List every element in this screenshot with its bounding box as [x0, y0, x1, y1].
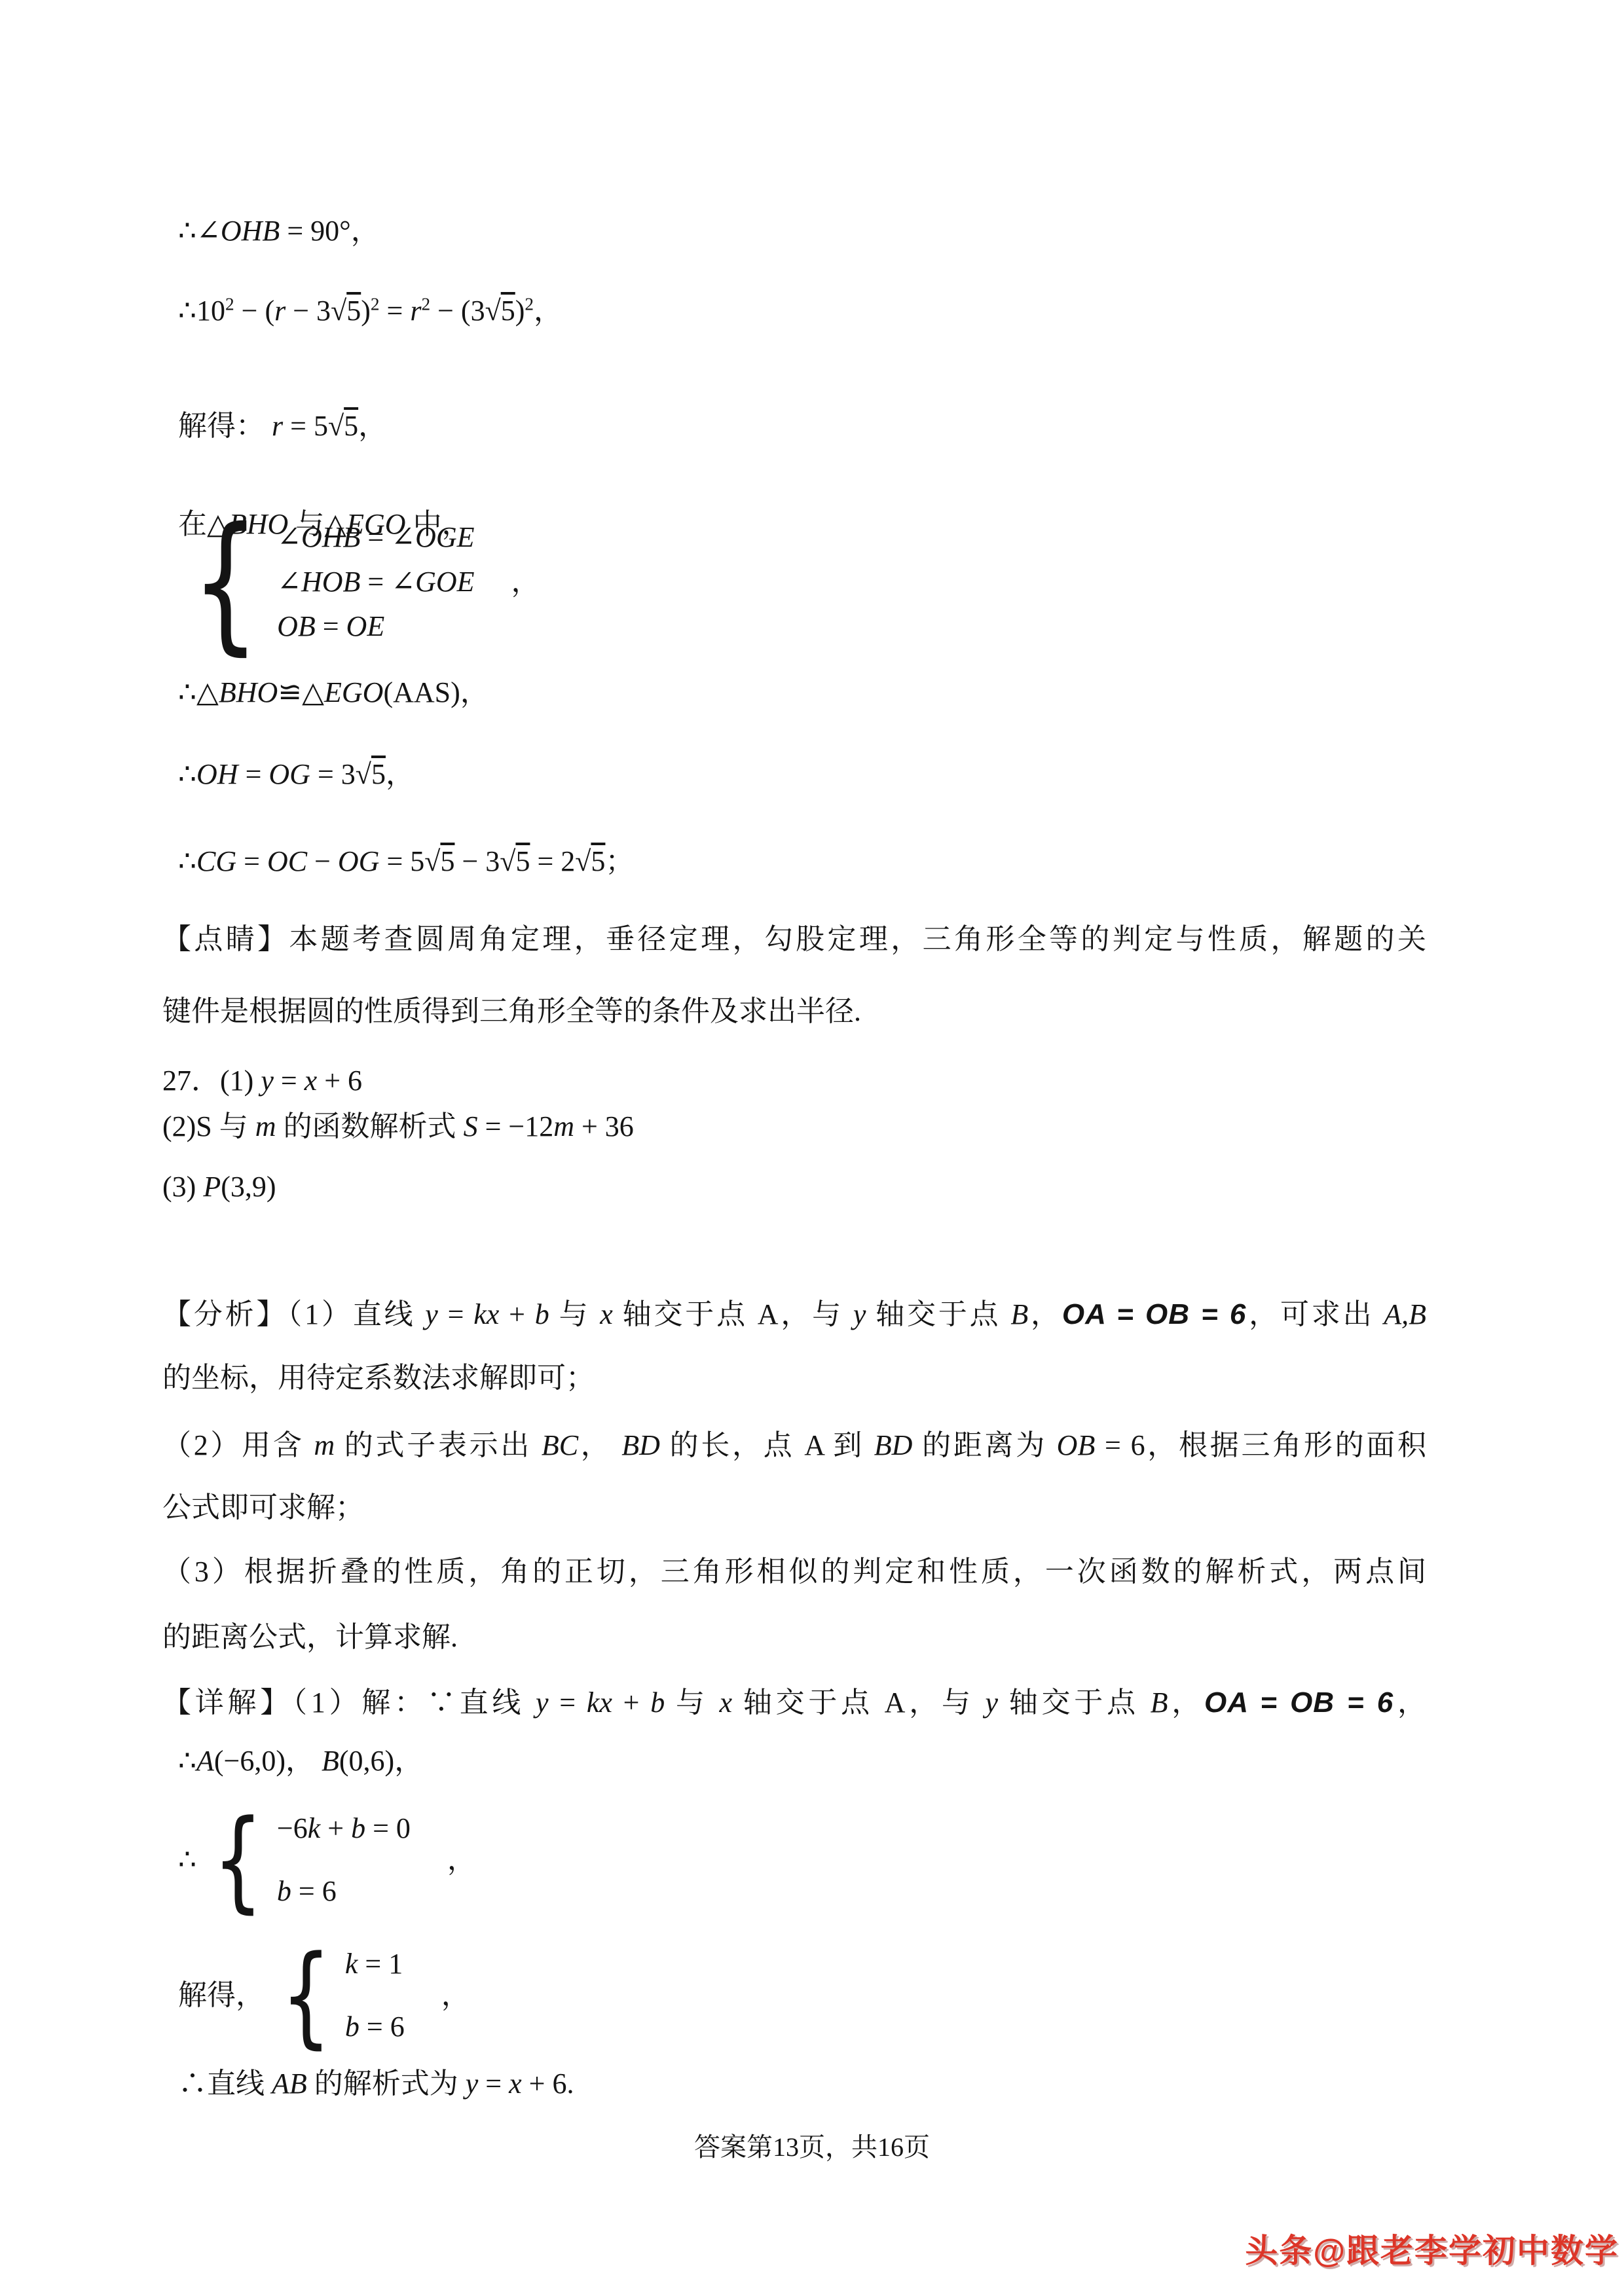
- analysis-paragraph-line: 的坐标，用待定系数法求解即可；: [162, 1357, 595, 1400]
- analysis-paragraph-line: 【分析】（1）直线 y = kx + b 与 x 轴交于点 A，与 y 轴交于点…: [162, 1293, 1426, 1336]
- therefore-symbol: ∴: [178, 1838, 196, 1882]
- watermark: 头条@跟老李学初中数学: [1245, 2225, 1619, 2272]
- system-row: k = 1: [345, 1933, 405, 1995]
- answer-27-part1: 27．(1) y = x + 6: [162, 1059, 362, 1102]
- solve-label: 解得，: [178, 1974, 265, 2017]
- left-brace-icon: {: [191, 507, 259, 657]
- analysis-paragraph-line: 公式即可求解；: [162, 1486, 364, 1529]
- page-footer: 答案第13页，共16页: [0, 2126, 1624, 2164]
- system-comma: ，: [511, 560, 540, 604]
- system-row: OB = OE: [277, 604, 474, 649]
- system-rows: k = 1 b = 6: [345, 1933, 405, 2058]
- equation-system-congruence: { ∠OHB = ∠OGE ∠HOB = ∠GOE OB = OE ，: [178, 507, 540, 657]
- system-rows: −6k + b = 0 b = 6: [277, 1797, 411, 1923]
- analysis-paragraph-line: 的距离公式，计算求解.: [162, 1616, 458, 1659]
- system-rows: ∠OHB = ∠OGE ∠HOB = ∠GOE OB = OE: [277, 515, 474, 649]
- remark-paragraph-line: 键件是根据圆的性质得到三角形全等的条件及求出半径.: [162, 990, 861, 1033]
- system-comma: ，: [447, 1838, 476, 1882]
- answer-27-part3: (3) P(3,9): [162, 1165, 276, 1209]
- analysis-paragraph-line: （3）根据折叠的性质，角的正切，三角形相似的判定和性质，一次函数的解析式，两点间: [162, 1550, 1426, 1594]
- formula-solve-r: 解得： r = 5√5，: [178, 405, 387, 448]
- system-row: b = 6: [345, 1995, 405, 2058]
- formula-pythagoras: ∴102 − (r − 3√5)2 = r2 − (3√5)2，: [178, 289, 563, 333]
- system-comma: ，: [441, 1974, 470, 2017]
- system-row: b = 6: [277, 1860, 411, 1923]
- left-brace-icon: {: [281, 1941, 331, 2050]
- system-row: ∠HOB = ∠GOE: [277, 560, 474, 604]
- answer-27-part2: (2)S 与 m 的函数解析式 S = −12m + 36: [162, 1105, 634, 1148]
- document-page: ∴∠OHB = 90°， ∴102 − (r − 3√5)2 = r2 − (3…: [0, 0, 1624, 2296]
- equation-system-solved: 解得， { k = 1 b = 6 ，: [178, 1933, 470, 2058]
- formula-congruent-aas: ∴△BHO≌△EGO(AAS)，: [178, 671, 489, 714]
- analysis-paragraph-line: （2）用含 m 的式子表示出 BC， BD 的长，点 A 到 BD 的距离为 O…: [162, 1424, 1426, 1467]
- formula-line-ab: ∴直线 AB 的解析式为 y = x + 6.: [178, 2062, 574, 2105]
- formula-angle-ohb: ∴∠OHB = 90°，: [178, 210, 380, 253]
- formula-points-ab: ∴A(−6,0)， B(0,6)，: [178, 1740, 423, 1783]
- left-brace-icon: {: [213, 1805, 263, 1915]
- system-row: −6k + b = 0: [277, 1797, 411, 1860]
- formula-cg: ∴CG = OC − OG = 5√5 − 3√5 = 2√5；: [178, 840, 634, 883]
- equation-system-kb: ∴ { −6k + b = 0 b = 6 ，: [178, 1797, 476, 1923]
- remark-paragraph-line: 【点睛】本题考查圆周角定理，垂径定理，勾股定理，三角形全等的判定与性质，解题的关: [162, 918, 1426, 961]
- solution-paragraph-line: 【详解】（1）解：∵直线 y = kx + b 与 x 轴交于点 A，与 y 轴…: [162, 1681, 1426, 1724]
- system-row: ∠OHB = ∠OGE: [277, 515, 474, 560]
- formula-oh-og: ∴OH = OG = 3√5，: [178, 753, 415, 796]
